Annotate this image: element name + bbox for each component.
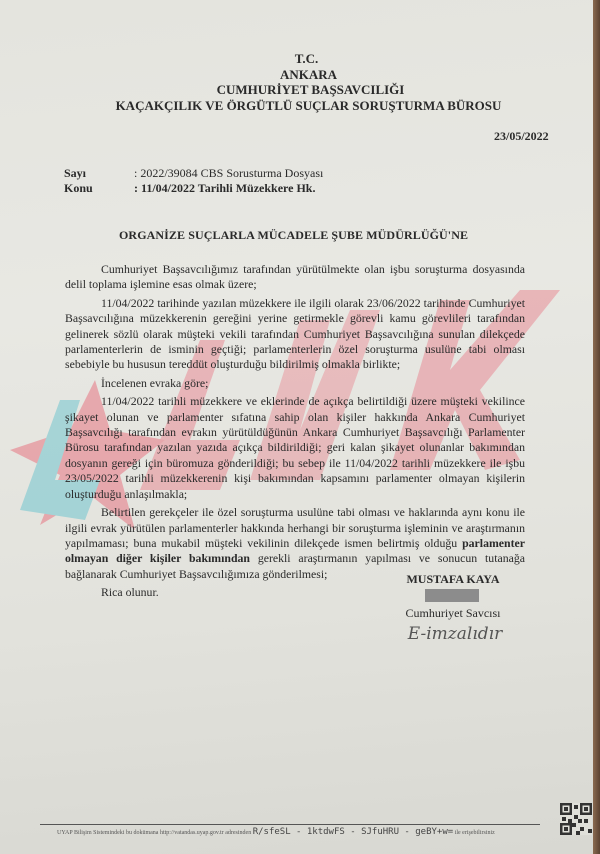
footer-verification-code: R/sfeSL - 1ktdwFS - SJfuHRU - geBY+w= xyxy=(253,827,453,837)
sayi-label: Sayı xyxy=(64,166,134,181)
paragraph: Belirtilen gerekçeler ile özel soruşturm… xyxy=(65,505,525,582)
paragraph-text: Belirtilen gerekçeler ile özel soruşturm… xyxy=(65,505,525,550)
meta-konu: Konu: 11/04/2022 Tarihli Müzekkere Hk. xyxy=(64,181,315,196)
sayi-value: : 2022/39084 CBS Sorusturma Dosyası xyxy=(134,166,323,180)
paragraph: 11/04/2022 tarihli müzekkere ve eklerind… xyxy=(65,394,525,502)
header-tc: T.C. xyxy=(10,51,593,67)
konu-value: : 11/04/2022 Tarihli Müzekkere Hk. xyxy=(134,181,315,195)
addressee: ORGANİZE SUÇLARLA MÜCADELE ŞUBE MÜDÜRLÜĞ… xyxy=(119,228,468,243)
meta-sayi: Sayı: 2022/39084 CBS Sorusturma Dosyası xyxy=(64,166,323,181)
paragraph: 11/04/2022 tarihinde yazılan müzekkere i… xyxy=(65,296,525,373)
background-edge xyxy=(593,0,600,854)
redaction-box xyxy=(425,589,479,602)
footer-text: UYAP Bilişim Sistemindeki bu dokümana ht… xyxy=(57,830,251,836)
e-signature: E-imzalıdır xyxy=(395,624,515,644)
document-date: 23/05/2022 xyxy=(494,129,549,144)
header-city: ANKARA xyxy=(12,67,593,83)
konu-label: Konu xyxy=(64,181,134,196)
header-office: CUMHURİYET BAŞSAVCILIĞI xyxy=(14,82,593,98)
signatory-name: MUSTAFA KAYA xyxy=(403,572,503,587)
footer-suffix: ile erişebilirsiniz xyxy=(455,830,495,836)
footer: UYAP Bilişim Sistemindeki bu dokümana ht… xyxy=(57,827,495,837)
paragraph: Cumhuriyet Başsavcılığımız tarafından yü… xyxy=(65,262,525,293)
signatory-title: Cumhuriyet Savcısı xyxy=(403,606,503,621)
qr-code-icon xyxy=(560,803,592,835)
document-page: T.C. ANKARA CUMHURİYET BAŞSAVCILIĞI KAÇA… xyxy=(0,0,593,854)
letter-body: Cumhuriyet Başsavcılığımız tarafından yü… xyxy=(65,262,525,604)
footer-divider xyxy=(40,824,540,825)
header-bureau: KAÇAKÇILIK VE ÖRGÜTLÜ SUÇLAR SORUŞTURMA … xyxy=(12,98,593,114)
paragraph: İncelenen evraka göre; xyxy=(65,376,525,391)
